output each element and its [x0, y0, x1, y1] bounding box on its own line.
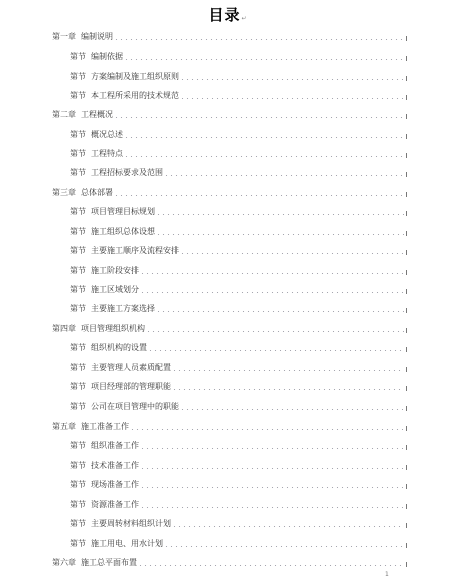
toc-entry-label: 项目管理组织机构 — [81, 324, 146, 334]
toc-entry-number: 第节 — [70, 72, 86, 82]
toc-entry-label: 主要周转材料组织计划 — [91, 519, 172, 529]
paragraph-mark-icon — [406, 36, 410, 41]
dot-leader — [130, 429, 404, 430]
paragraph-mark-icon — [406, 56, 410, 61]
paragraph-mark-icon — [406, 367, 410, 372]
toc-entry-label: 组织准备工作 — [91, 441, 140, 451]
dot-leader — [164, 175, 404, 176]
dot-leader — [124, 59, 404, 60]
toc-entry-section[interactable]: 第节组织准备工作 — [70, 437, 410, 451]
toc-entry-section[interactable]: 第节公司在项目管理中的职能 — [70, 398, 410, 412]
paragraph-mark-icon — [406, 95, 410, 100]
toc-entry-number: 第节 — [70, 227, 86, 237]
toc-entry-number: 第四章 — [52, 324, 76, 334]
toc-entry-label: 现场准备工作 — [91, 480, 140, 490]
toc-entry-label: 编制说明 — [81, 32, 114, 42]
toc-entry-number: 第节 — [70, 363, 86, 373]
dot-leader — [114, 195, 404, 196]
paragraph-mark-icon — [406, 328, 410, 333]
paragraph-mark-icon — [406, 347, 410, 352]
toc-entry-section[interactable]: 第节项目经理部的管理职能 — [70, 378, 410, 392]
dot-leader — [114, 117, 404, 118]
toc-entry-section[interactable]: 第节主要施工顺序及流程安排 — [70, 242, 410, 256]
paragraph-mark-icon — [406, 76, 410, 81]
toc-entry-label: 工程招标要求及范围 — [91, 168, 164, 178]
dot-leader — [148, 350, 404, 351]
paragraph-mark-icon — [406, 504, 410, 509]
dot-leader — [156, 214, 404, 215]
paragraph-mark-icon — [406, 406, 410, 411]
toc-entry-section[interactable]: 第节施工用电、用水计划 — [70, 535, 410, 549]
paragraph-mark-icon — [406, 250, 410, 255]
paragraph-mark-icon — [406, 386, 410, 391]
toc-entry-number: 第节 — [70, 91, 86, 101]
toc-entry-label: 项目管理目标规划 — [91, 207, 156, 217]
toc-entry-chapter[interactable]: 第五章施工准备工作 — [52, 418, 410, 432]
dot-leader — [172, 389, 404, 390]
toc-entry-number: 第一章 — [52, 32, 76, 42]
dot-leader — [180, 409, 404, 410]
dot-leader — [164, 546, 404, 547]
toc-entry-number: 第节 — [70, 285, 86, 295]
toc-entry-label: 本工程所采用的技术规范 — [91, 91, 180, 101]
toc-entry-chapter[interactable]: 第三章总体部署 — [52, 184, 410, 198]
toc-entry-number: 第节 — [70, 500, 86, 510]
paragraph-mark-icon — [406, 231, 410, 236]
toc-entry-label: 施工用电、用水计划 — [91, 539, 164, 549]
toc-entry-label: 组织机构的设置 — [91, 343, 148, 353]
dot-leader — [124, 137, 404, 138]
dot-leader — [156, 234, 404, 235]
toc-entry-number: 第节 — [70, 461, 86, 471]
toc-entry-label: 概况总述 — [91, 130, 124, 140]
toc-entry-number: 第节 — [70, 149, 86, 159]
toc-entry-section[interactable]: 第节现场准备工作 — [70, 476, 410, 490]
paragraph-mark-icon — [406, 308, 410, 313]
paragraph-mark-icon — [406, 114, 410, 119]
dot-leader — [140, 292, 404, 293]
toc-entry-section[interactable]: 第节施工组织总体设想 — [70, 223, 410, 237]
paragraph-mark-icon — [406, 562, 410, 567]
toc-entry-number: 第五章 — [52, 422, 76, 432]
toc-entry-number: 第节 — [70, 343, 86, 353]
toc-entry-number: 第节 — [70, 246, 86, 256]
dot-leader — [140, 468, 404, 469]
paragraph-mark-icon — [406, 445, 410, 450]
toc-entry-number: 第节 — [70, 266, 86, 276]
toc-entry-section[interactable]: 第节概况总述 — [70, 126, 410, 140]
toc-entry-section[interactable]: 第节编制依据 — [70, 48, 410, 62]
paragraph-mark-icon — [406, 289, 410, 294]
toc-entry-section[interactable]: 第节施工阶段安排 — [70, 262, 410, 276]
toc-entry-section[interactable]: 第节方案编制及施工组织原则 — [70, 68, 410, 82]
paragraph-mark-icon — [406, 211, 410, 216]
paragraph-mark-icon: ↵ — [241, 15, 247, 22]
toc-entry-label: 工程概况 — [81, 110, 114, 120]
toc-entry-label: 方案编制及施工组织原则 — [91, 72, 180, 82]
dot-leader — [140, 487, 404, 488]
dot-leader — [140, 273, 404, 274]
toc-entry-section[interactable]: 第节技术准备工作 — [70, 457, 410, 471]
toc-entry-section[interactable]: 第节资源准备工作 — [70, 496, 410, 510]
toc-entry-section[interactable]: 第节项目管理目标规划 — [70, 203, 410, 217]
dot-leader — [180, 79, 404, 80]
toc-entry-number: 第节 — [70, 304, 86, 314]
paragraph-mark-icon — [406, 134, 410, 139]
toc-entry-chapter[interactable]: 第一章编制说明 — [52, 28, 410, 42]
paragraph-mark-icon — [406, 543, 410, 548]
dot-leader — [114, 39, 404, 40]
title-text: 目录 — [208, 6, 240, 24]
dot-leader — [140, 448, 404, 449]
toc-entry-section[interactable]: 第节主要施工方案选择 — [70, 300, 410, 314]
toc-entry-label: 编制依据 — [91, 52, 124, 62]
toc-entry-label: 主要施工方案选择 — [91, 304, 156, 314]
dot-leader — [172, 526, 404, 527]
toc-entry-label: 主要管理人员素质配置 — [91, 363, 172, 373]
paragraph-mark-icon — [406, 484, 410, 489]
toc-entry-label: 资源准备工作 — [91, 500, 140, 510]
toc-entry-section[interactable]: 第节本工程所采用的技术规范 — [70, 87, 410, 101]
toc-entry-label: 施工准备工作 — [81, 422, 130, 432]
toc-entry-label: 施工总平面布置 — [81, 558, 138, 568]
toc-entry-number: 第六章 — [52, 558, 76, 568]
paragraph-mark-icon — [406, 192, 410, 197]
toc-entry-chapter[interactable]: 第二章工程概况 — [52, 106, 410, 120]
toc-entry-section[interactable]: 第节主要管理人员素质配置 — [70, 359, 410, 373]
document-title: 目录↵ — [0, 4, 456, 25]
dot-leader — [138, 565, 404, 566]
toc-entry-number: 第节 — [70, 207, 86, 217]
dot-leader — [180, 253, 404, 254]
toc-entry-number: 第二章 — [52, 110, 76, 120]
dot-leader — [140, 507, 404, 508]
toc-entry-label: 公司在项目管理中的职能 — [91, 402, 180, 412]
toc-entry-number: 第节 — [70, 382, 86, 392]
dot-leader — [156, 311, 404, 312]
toc-entry-number: 第节 — [70, 130, 86, 140]
paragraph-mark-icon — [406, 270, 410, 275]
dot-leader — [172, 370, 404, 371]
toc-entry-section[interactable]: 第节工程特点 — [70, 145, 410, 159]
toc-entry-number: 第节 — [70, 519, 86, 529]
toc-entry-number: 第节 — [70, 539, 86, 549]
toc-entry-number: 第节 — [70, 441, 86, 451]
toc-entry-label: 项目经理部的管理职能 — [91, 382, 172, 392]
page-number: 1 — [385, 571, 389, 578]
toc-entry-number: 第三章 — [52, 188, 76, 198]
toc-entry-section[interactable]: 第节工程招标要求及范围 — [70, 164, 410, 178]
paragraph-mark-icon — [406, 465, 410, 470]
toc-entry-number: 第节 — [70, 402, 86, 412]
paragraph-mark-icon — [406, 172, 410, 177]
toc-entry-label: 施工组织总体设想 — [91, 227, 156, 237]
toc-entry-section[interactable]: 第节施工区域划分 — [70, 281, 410, 295]
toc-entry-chapter[interactable]: 第六章施工总平面布置 — [52, 554, 410, 568]
toc-entry-label: 工程特点 — [91, 149, 124, 159]
paragraph-mark-icon — [406, 523, 410, 528]
toc-entry-section[interactable]: 第节主要周转材料组织计划 — [70, 515, 410, 529]
toc-entry-chapter[interactable]: 第四章项目管理组织机构 — [52, 320, 410, 334]
toc-entry-number: 第节 — [70, 480, 86, 490]
paragraph-mark-icon — [406, 153, 410, 158]
toc-entry-number: 第节 — [70, 52, 86, 62]
toc-entry-number: 第节 — [70, 168, 86, 178]
paragraph-mark-icon — [406, 426, 410, 431]
dot-leader — [124, 156, 404, 157]
dot-leader — [146, 331, 404, 332]
toc-entry-section[interactable]: 第节组织机构的设置 — [70, 339, 410, 353]
toc-entry-label: 主要施工顺序及流程安排 — [91, 246, 180, 256]
toc-entry-label: 技术准备工作 — [91, 461, 140, 471]
toc-entry-label: 施工阶段安排 — [91, 266, 140, 276]
toc-entry-label: 施工区域划分 — [91, 285, 140, 295]
toc-entry-label: 总体部署 — [81, 188, 114, 198]
dot-leader — [180, 98, 404, 99]
